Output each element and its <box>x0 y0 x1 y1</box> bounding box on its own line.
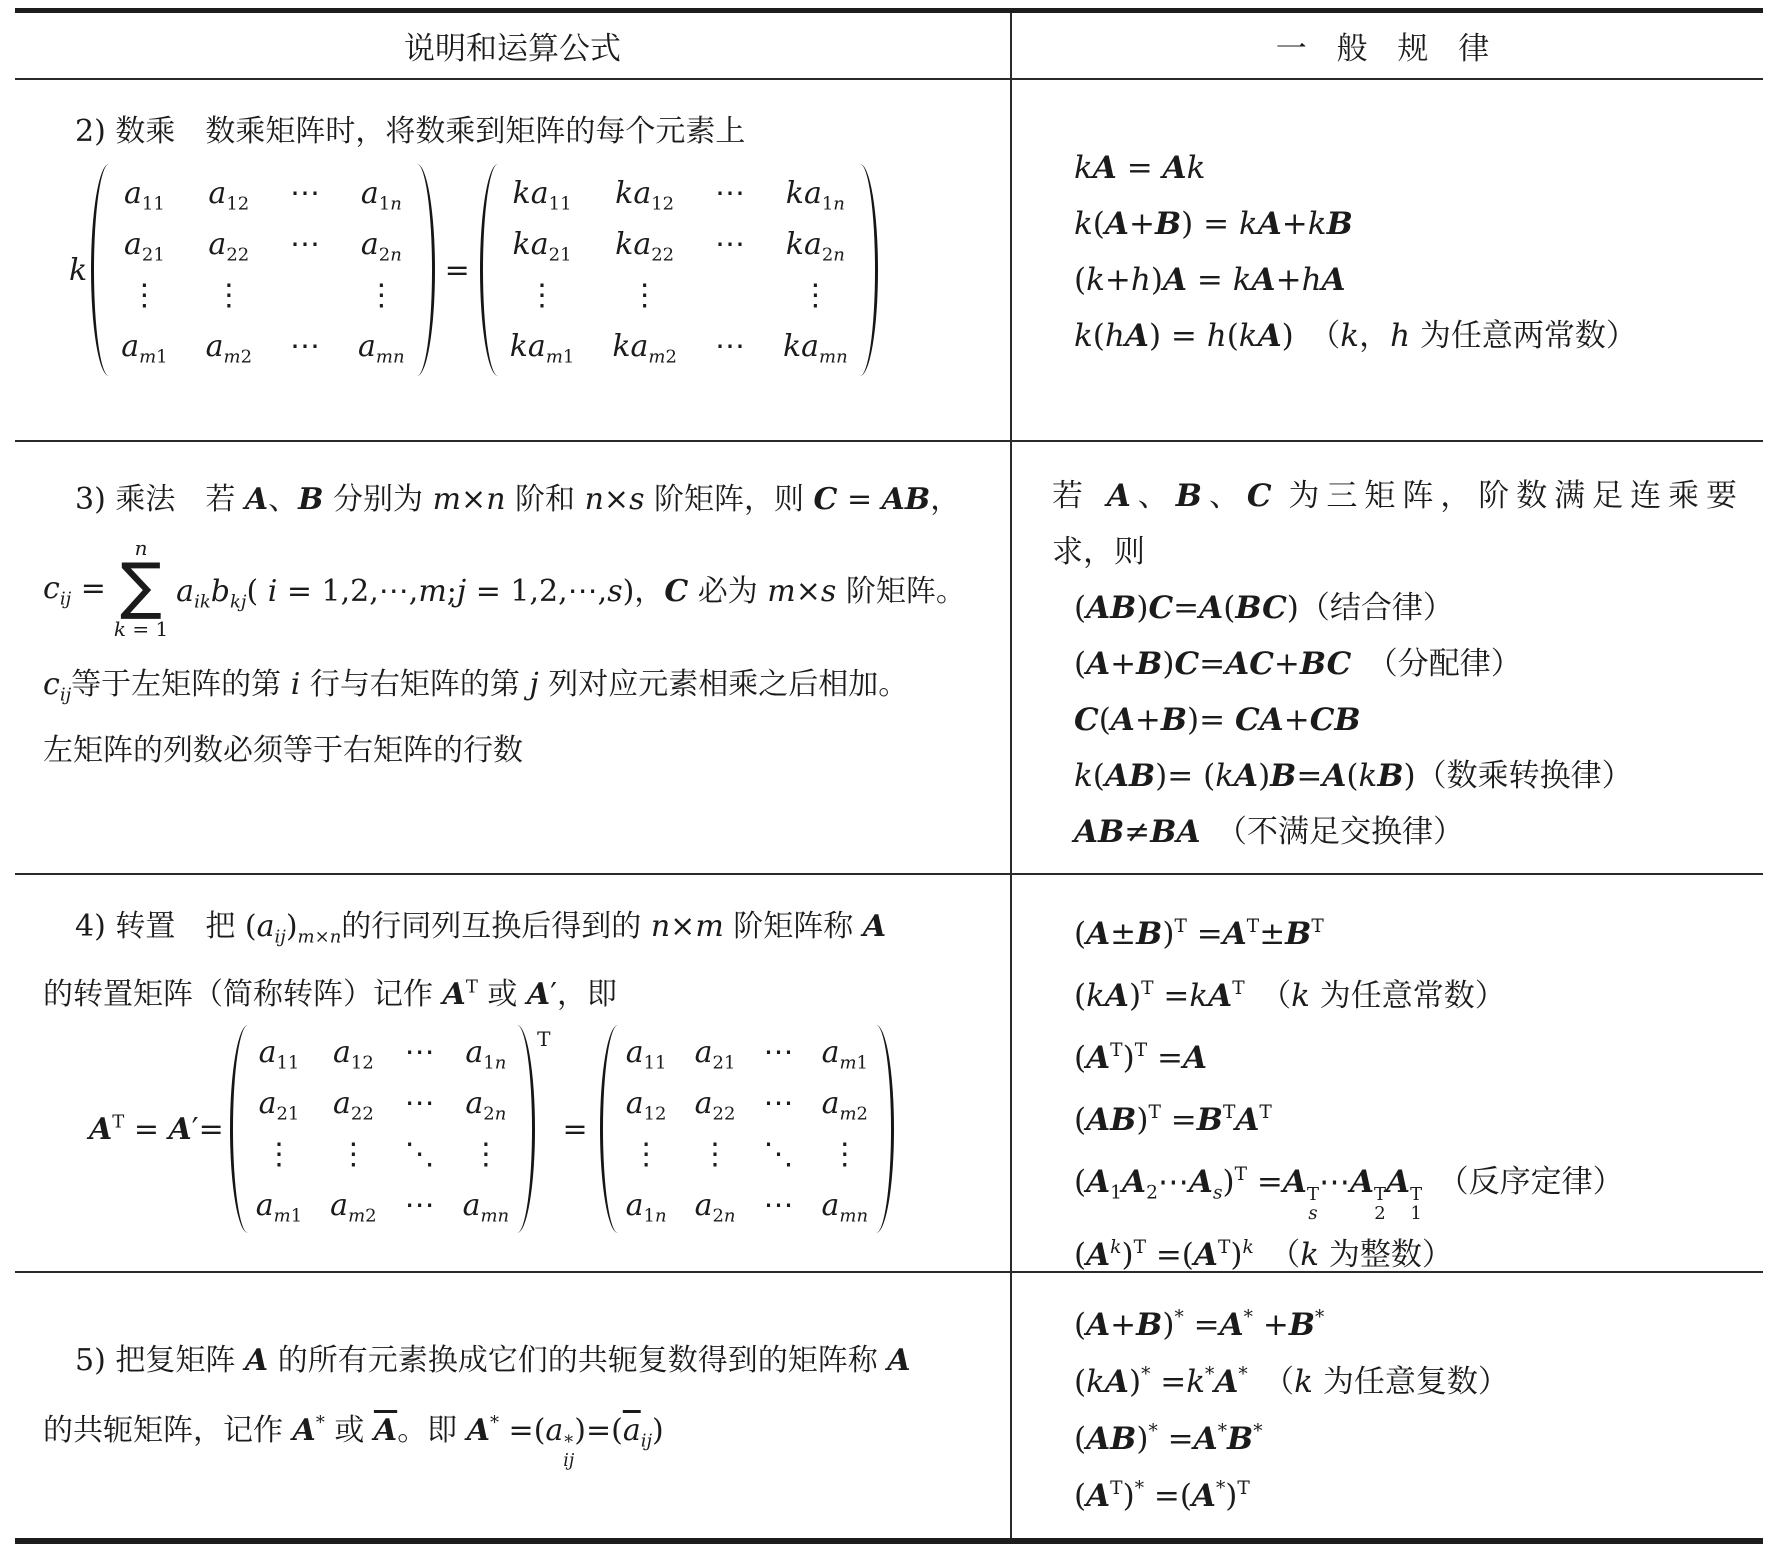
formula-line: (A±B)T =AT±BT <box>1074 903 1737 965</box>
matrix-cell: a21 <box>259 1086 300 1121</box>
matrix-cell: ⋯ <box>405 1035 435 1070</box>
formula-line: AB≠BA （不满足交换律） <box>1074 804 1737 860</box>
matrix-cell: amn <box>463 1188 510 1223</box>
formula-line: kA = Ak <box>1074 140 1737 196</box>
matrix-cell: ⋮ <box>214 278 244 313</box>
formula-line: k(A+B) = kA+kB <box>1074 196 1737 252</box>
column-header-general-rules-label: 一 般 规 律 <box>1276 23 1500 68</box>
matrix-cell: ⋯ <box>764 1086 794 1121</box>
matrix-cell: kam1 <box>510 329 575 364</box>
matrix-a-t: a11a21⋯am1a12a22⋯am2⋮⋮⋱⋮a1na2n⋯amn <box>600 1025 894 1233</box>
formula-line: (A+B)* =A* +B* <box>1074 1297 1737 1354</box>
matrix-cell: kamn <box>783 329 848 364</box>
matrix-cell: ⋯ <box>715 227 745 262</box>
transpose-line2: 的转置矩阵（简称转阵）记作 AT 或 A′，即 <box>43 969 994 1013</box>
mul-rule-intro1: 若 A、B、C 为三矩阵，阶数满足连乘要 <box>1052 468 1737 524</box>
equals-sign: = <box>445 253 470 288</box>
matrix-cell: am1 <box>256 1188 302 1223</box>
equals-sign: = <box>563 1112 588 1147</box>
matrix-cell: am2 <box>330 1188 376 1223</box>
mul-rule-intro2: 求，则 <box>1052 524 1737 580</box>
matrix-cell: a12 <box>208 176 249 211</box>
matrix-cell: ka21 <box>513 227 572 262</box>
matrix-cell: am2 <box>822 1086 868 1121</box>
formula-line: (A+B)C=AC+BC （分配律） <box>1074 636 1737 692</box>
mul-sum-formula: cij = n ∑ k = 1 aikbkj( i = 1,2,⋯,m;j = … <box>43 538 994 639</box>
row-transpose-left: 4) 转置 把 (aij)m×n的行同列互换后得到的 n×m 阶矩阵称 A 的转… <box>15 875 1012 1273</box>
left-paren <box>91 164 109 376</box>
matrix-cell: a22 <box>208 227 249 262</box>
matrix-cell: ⋮ <box>338 1137 368 1172</box>
matrix-cell: am1 <box>822 1035 868 1070</box>
sum-lhs: cij = <box>43 571 106 606</box>
scalar-mul-equation: k a11a12⋯a1na21a22⋯a2n⋮⋮⋮am1am2⋯amn = ka… <box>69 164 994 376</box>
transpose-superscript: T <box>537 1027 550 1051</box>
matrix-cell: ⋮ <box>800 278 830 313</box>
matrix-cell: ⋯ <box>405 1188 435 1223</box>
left-paren <box>600 1025 618 1233</box>
column-header-general-rules: 一 般 规 律 <box>1012 13 1763 80</box>
right-paren <box>517 1025 535 1233</box>
formula-line: (AT)T =A <box>1074 1027 1737 1089</box>
matrix-cell: amn <box>822 1188 869 1223</box>
matrix-cell: a2n <box>465 1086 506 1121</box>
matrix-cell: a2n <box>695 1188 736 1223</box>
right-paren <box>876 1025 894 1233</box>
matrix-cell: a11 <box>124 176 165 211</box>
matrix-cell: ⋮ <box>366 278 396 313</box>
matrix-cell: ka11 <box>513 176 572 211</box>
matrix-a-grid: a11a12⋯a1na21a22⋯a2n⋮⋮⋮am1am2⋯amn <box>109 164 416 376</box>
formula-line: C(A+B)= CA+CB <box>1074 692 1737 748</box>
row-conjugate-right: (A+B)* =A* +B* (kA)* =k*A* （k 为任意复数） (AB… <box>1012 1273 1763 1538</box>
row-scalar-multiplication-left: 2) 数乘 数乘矩阵时，将数乘到矩阵的每个元素上 k a11a12⋯a1na21… <box>15 80 1012 442</box>
column-header-formulas: 说明和运算公式 <box>15 13 1012 80</box>
matrix-cell: ⋮ <box>129 278 159 313</box>
matrix-cell: ⋯ <box>764 1035 794 1070</box>
matrix-cell: ⋯ <box>764 1188 794 1223</box>
conjugate-line2: 的共轭矩阵，记作 A* 或 A。即 A* =(a*ij)=(aij) <box>43 1405 994 1470</box>
row-scalar-multiplication-right: kA = Ak k(A+B) = kA+kB (k+h)A = kA+hA k(… <box>1012 80 1763 442</box>
mul-line3: cij等于左矩阵的第 i 行与右矩阵的第 j 列对应元素相乘之后相加。 <box>43 659 994 703</box>
matrix-cell: ⋯ <box>290 329 320 364</box>
mul-line4: 左矩阵的列数必须等于右矩阵的行数 <box>43 725 994 769</box>
matrix-cell: ka1n <box>786 176 845 211</box>
matrix-cell: ⋯ <box>715 176 745 211</box>
matrix-cell: ⋯ <box>290 227 320 262</box>
transpose-equation: AT = A′= a11a12⋯a1na21a22⋯a2n⋮⋮⋱⋮am1am2⋯… <box>89 1025 994 1233</box>
matrix-cell: ⋮ <box>830 1137 860 1172</box>
sigma-symbol: ∑ <box>120 560 162 613</box>
right-paren <box>417 164 435 376</box>
matrix-operations-table: 说明和运算公式 一 般 规 律 2) 数乘 数乘矩阵时，将数乘到矩阵的每个元素上… <box>15 8 1763 1544</box>
row-multiplication-left: 3) 乘法 若 A、B 分别为 m×n 阶和 n×s 阶矩阵，则 C = AB，… <box>15 442 1012 875</box>
transpose-lhs: AT = A′= <box>89 1112 224 1147</box>
conjugate-line1: 5) 把复矩阵 A 的所有元素换成它们的共轭复数得到的矩阵称 A <box>43 1335 994 1379</box>
matrix-cell: ⋮ <box>700 1137 730 1172</box>
scalar-mul-description: 2) 数乘 数乘矩阵时，将数乘到矩阵的每个元素上 <box>43 106 994 150</box>
matrix-a-transposed: a11a12⋯a1na21a22⋯a2n⋮⋮⋱⋮am1am2⋯amn T <box>230 1025 551 1233</box>
matrix-cell: ⋮ <box>471 1137 501 1172</box>
matrix-cell: a21 <box>124 227 165 262</box>
mul-line1: 3) 乘法 若 A、B 分别为 m×n 阶和 n×s 阶矩阵，则 C = AB， <box>43 474 994 518</box>
matrix-a: a11a12⋯a1na21a22⋯a2n⋮⋮⋱⋮am1am2⋯amn <box>230 1025 535 1233</box>
matrix-cell: ka12 <box>615 176 674 211</box>
formula-line: (AT)* =(A*)T <box>1074 1468 1737 1525</box>
matrix-cell: am2 <box>206 329 252 364</box>
matrix-cell: a11 <box>259 1035 300 1070</box>
matrix-cell: ⋯ <box>715 329 745 364</box>
matrix-cell: ⋮ <box>527 278 557 313</box>
matrix-cell: ⋱ <box>405 1137 435 1172</box>
right-paren <box>860 164 878 376</box>
matrix-cell: ⋯ <box>290 176 320 211</box>
matrix-cell: a22 <box>695 1086 736 1121</box>
formula-line: (AB)C=A(BC)（结合律） <box>1074 580 1737 636</box>
formula-line: (kA)* =k*A* （k 为任意复数） <box>1074 1354 1737 1411</box>
matrix-cell: a1n <box>465 1035 506 1070</box>
formula-line: (A1A2⋯As)T =ATs⋯AT2AT1 （反序定律） <box>1074 1151 1737 1224</box>
matrix-cell: a11 <box>626 1035 667 1070</box>
matrix-cell: a12 <box>333 1035 374 1070</box>
left-paren <box>480 164 498 376</box>
matrix-cell: a1n <box>361 176 402 211</box>
matrix-cell: ⋱ <box>764 1137 794 1172</box>
matrix-cell: ka2n <box>786 227 845 262</box>
formula-line: (k+h)A = kA+hA <box>1074 252 1737 308</box>
matrix-a: a11a12⋯a1na21a22⋯a2n⋮⋮⋮am1am2⋯amn <box>91 164 434 376</box>
left-paren <box>230 1025 248 1233</box>
sum-lower-limit: k = 1 <box>114 619 168 639</box>
transpose-line1: 4) 转置 把 (aij)m×n的行同列互换后得到的 n×m 阶矩阵称 A <box>43 901 994 945</box>
formula-line: (AB)* =A*B* <box>1074 1411 1737 1468</box>
matrix-cell: a1n <box>626 1188 667 1223</box>
row-transpose-right: (A±B)T =AT±BT (kA)T =kAT （k 为任意常数） (AT)T… <box>1012 875 1763 1273</box>
column-header-formulas-label: 说明和运算公式 <box>404 23 621 68</box>
matrix-cell: kam2 <box>612 329 677 364</box>
matrix-ka-grid: ka11ka12⋯ka1nka21ka22⋯ka2n⋮⋮⋮kam1kam2⋯ka… <box>498 164 860 376</box>
matrix-cell: a22 <box>333 1086 374 1121</box>
matrix-a-grid: a11a12⋯a1na21a22⋯a2n⋮⋮⋱⋮am1am2⋯amn <box>248 1025 517 1233</box>
scanned-textbook-page: 说明和运算公式 一 般 规 律 2) 数乘 数乘矩阵时，将数乘到矩阵的每个元素上… <box>0 0 1777 1544</box>
formula-line: k(AB)= (kA)B=A(kB)（数乘转换律） <box>1074 748 1737 804</box>
big-sigma: n ∑ k = 1 <box>114 538 168 639</box>
matrix-cell: am1 <box>121 329 167 364</box>
row-conjugate-left: 5) 把复矩阵 A 的所有元素换成它们的共轭复数得到的矩阵称 A 的共轭矩阵，记… <box>15 1273 1012 1538</box>
matrix-cell: ⋮ <box>631 1137 661 1172</box>
matrix-cell: ⋮ <box>264 1137 294 1172</box>
matrix-cell: a12 <box>626 1086 667 1121</box>
formula-line: k(hA) = h(kA) （k，h 为任意两常数） <box>1074 308 1737 364</box>
matrix-ka: ka11ka12⋯ka1nka21ka22⋯ka2n⋮⋮⋮kam1kam2⋯ka… <box>480 164 878 376</box>
matrix-cell: a2n <box>361 227 402 262</box>
matrix-cell: ka22 <box>615 227 674 262</box>
formula-line: (AB)T =BTAT <box>1074 1089 1737 1151</box>
matrix-cell: ⋮ <box>630 278 660 313</box>
formula-line: (kA)T =kAT （k 为任意常数） <box>1074 965 1737 1027</box>
sum-rhs: aikbkj( i = 1,2,⋯,m;j = 1,2,⋯,s)，C 必为 m×… <box>176 566 966 610</box>
scalar-k: k <box>69 253 87 288</box>
matrix-cell: a21 <box>695 1035 736 1070</box>
row-multiplication-right: 若 A、B、C 为三矩阵，阶数满足连乘要 求，则 (AB)C=A(BC)（结合律… <box>1012 442 1763 875</box>
matrix-at-grid: a11a21⋯am1a12a22⋯am2⋮⋮⋱⋮a1na2n⋯amn <box>618 1025 876 1233</box>
matrix-cell: ⋯ <box>405 1086 435 1121</box>
matrix-cell: amn <box>358 329 405 364</box>
